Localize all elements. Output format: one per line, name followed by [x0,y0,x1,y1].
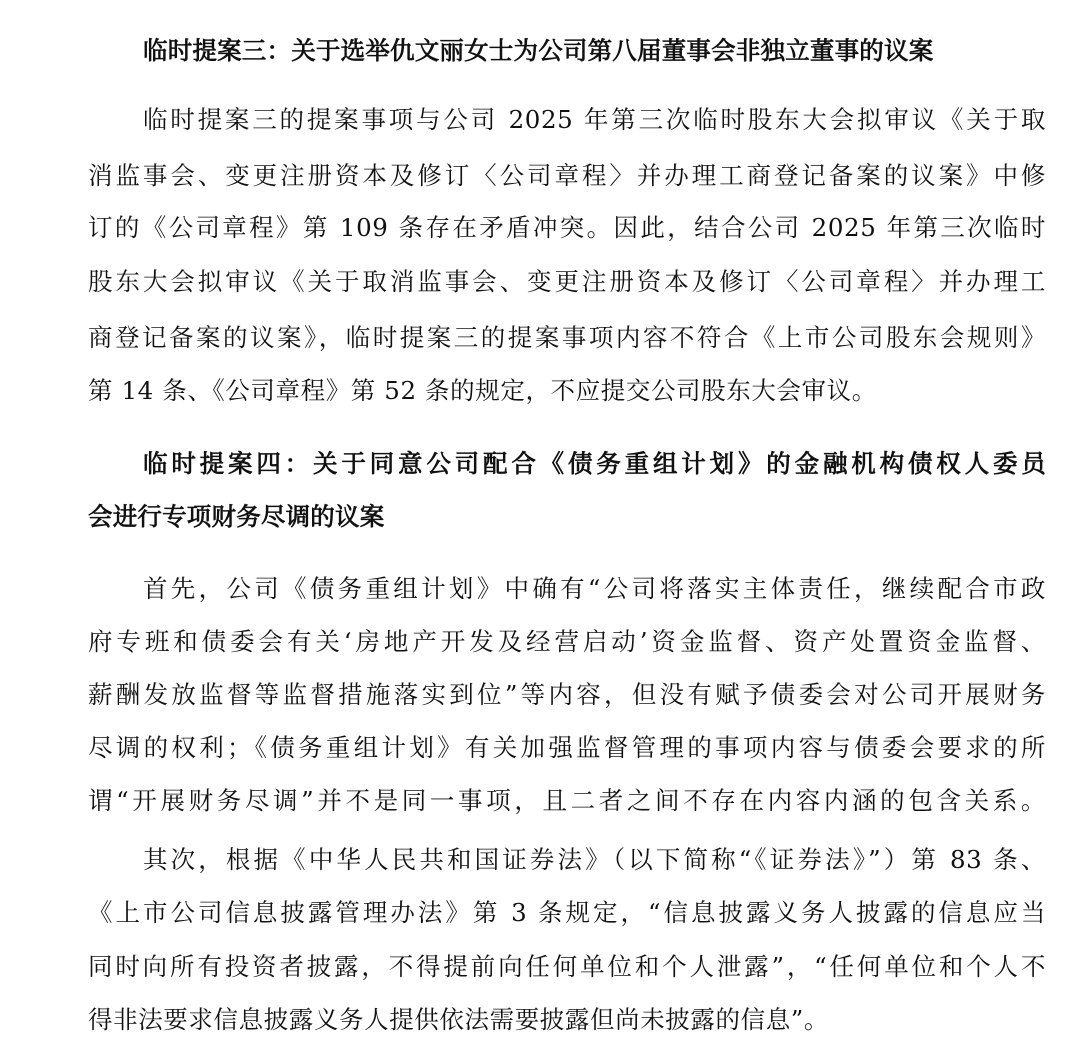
paragraph-line: 得非法要求信息披露义务人提供依法需要披露但尚未披露的信息”。 [88,1000,1046,1040]
paragraph-line: 订的《公司章程》第 109 条存在矛盾冲突。因此，结合公司 2025 年第三次临… [88,208,1046,248]
heading-line: 临时提案四：关于同意公司配合《债务重组计划》的金融机构债权人委员 [143,444,1046,484]
paragraph-line: 股东大会拟审议《关于取消监事会、变更注册资本及修订〈公司章程〉并办理工 [88,262,1046,302]
heading-proposal-3: 临时提案三：关于选举仇文丽女士为公司第八届董事会非独立董事的议案 [143,31,1046,71]
heading-line: 会进行专项财务尽调的议案 [88,497,1046,537]
paragraph-line: 第 14 条、《公司章程》第 52 条的规定，不应提交公司股东大会审议。 [88,371,1046,411]
paragraph-line: 府专班和债委会有关‘房地产开发及经营启动’资金监督、资产处置资金监督、 [88,622,1046,662]
paragraph-line: 首先，公司《债务重组计划》中确有“公司将落实主体责任，继续配合市政 [143,569,1046,609]
paragraph-line: 临时提案三的提案事项与公司 2025 年第三次临时股东大会拟审议《关于取 [143,100,1046,140]
paragraph-line: 尽调的权利；《债务重组计划》有关加强监督管理的事项内容与债委会要求的所 [88,728,1046,768]
paragraph-line: 薪酬发放监督等监督措施落实到位”等内容，但没有赋予债委会对公司开展财务 [88,675,1046,715]
paragraph-line: 其次，根据《中华人民共和国证券法》（以下简称“《证券法》”）第 83 条、 [143,840,1046,880]
paragraph-line: 同时向所有投资者披露，不得提前向任何单位和个人泄露”，“任何单位和个人不 [88,947,1046,987]
paragraph-line: 商登记备案的议案》，临时提案三的提案事项内容不符合《上市公司股东会规则》 [88,318,1046,358]
paragraph-line: 消监事会、变更注册资本及修订〈公司章程〉并办理工商登记备案的议案》中修 [88,156,1046,196]
paragraph-line: 《上市公司信息披露管理办法》第 3 条规定，“信息披露义务人披露的信息应当 [88,893,1046,933]
paragraph-line: 谓“开展财务尽调”并不是同一事项，且二者之间不存在内容内涵的包含关系。 [88,781,1046,821]
